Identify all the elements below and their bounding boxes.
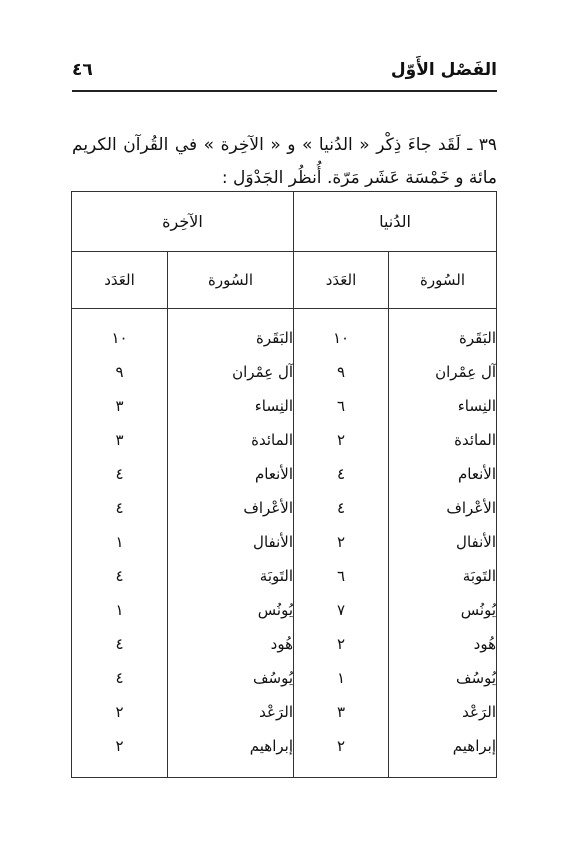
dunya-sura-cell: التَوبَة bbox=[389, 559, 497, 593]
dunya-count-cell: ١ bbox=[294, 661, 389, 695]
dunya-sura-cell: المائدة bbox=[389, 423, 497, 457]
akhira-sura-cell: هُود bbox=[168, 627, 294, 661]
akhira-sura-cell: التَوبَة bbox=[168, 559, 294, 593]
akhira-sura-cell: إبراهيم bbox=[168, 729, 294, 763]
column-header-akhira-count: العَدَد bbox=[72, 252, 168, 309]
table-row: التَوبَة٦التَوبَة٤ bbox=[72, 559, 497, 593]
dunya-count-cell: ٦ bbox=[294, 389, 389, 423]
akhira-sura-cell: الأنعام bbox=[168, 457, 294, 491]
dunya-sura-cell: البَقَرة bbox=[389, 321, 497, 355]
akhira-count-cell: ٢ bbox=[72, 729, 168, 763]
table-row: المائدة٢المائدة٣ bbox=[72, 423, 497, 457]
akhira-sura-cell: الأعْراف bbox=[168, 491, 294, 525]
group-header-dunya: الدُنيا bbox=[294, 192, 497, 252]
dunya-count-cell: ٣ bbox=[294, 695, 389, 729]
akhira-count-cell: ١ bbox=[72, 525, 168, 559]
table-row: إبراهيم٢إبراهيم٢ bbox=[72, 729, 497, 763]
akhira-sura-cell: المائدة bbox=[168, 423, 294, 457]
table-row: آل عِمْران٩آل عِمْران٩ bbox=[72, 355, 497, 389]
column-header-dunya-count: العَدَد bbox=[294, 252, 389, 309]
column-header-akhira-sura: السُورة bbox=[168, 252, 294, 309]
dunya-akhira-table: الدُنيا الآخِرة السُورة العَدَد السُورة … bbox=[71, 191, 497, 778]
page-number: ٤٦ bbox=[72, 60, 93, 80]
dunya-sura-cell: آل عِمْران bbox=[389, 355, 497, 389]
body-paragraph: ٣٩ ـ لَقَد جاءَ ذِكْر « الدُنيا » و « ال… bbox=[72, 129, 497, 195]
akhira-count-cell: ٩ bbox=[72, 355, 168, 389]
dunya-count-cell: ٤ bbox=[294, 491, 389, 525]
akhira-sura-cell: النِساء bbox=[168, 389, 294, 423]
dunya-count-cell: ٢ bbox=[294, 729, 389, 763]
akhira-count-cell: ١٠ bbox=[72, 321, 168, 355]
table-row: الأنعام٤الأنعام٤ bbox=[72, 457, 497, 491]
dunya-sura-cell: يُونُس bbox=[389, 593, 497, 627]
dunya-sura-cell: يُوسُف bbox=[389, 661, 497, 695]
akhira-count-cell: ٣ bbox=[72, 423, 168, 457]
akhira-sura-cell: الرَعْد bbox=[168, 695, 294, 729]
akhira-count-cell: ٣ bbox=[72, 389, 168, 423]
dunya-count-cell: ٦ bbox=[294, 559, 389, 593]
table-row: يُونُس٧يُونُس١ bbox=[72, 593, 497, 627]
akhira-count-cell: ٤ bbox=[72, 457, 168, 491]
akhira-count-cell: ٤ bbox=[72, 661, 168, 695]
dunya-sura-cell: الأنفال bbox=[389, 525, 497, 559]
akhira-count-cell: ١ bbox=[72, 593, 168, 627]
dunya-count-cell: ٢ bbox=[294, 627, 389, 661]
dunya-sura-cell: الرَعْد bbox=[389, 695, 497, 729]
table-row: يُوسُف١يُوسُف٤ bbox=[72, 661, 497, 695]
akhira-sura-cell: آل عِمْران bbox=[168, 355, 294, 389]
table-row: الأعْراف٤الأعْراف٤ bbox=[72, 491, 497, 525]
book-page: الفَصْل الأَوّل ٤٦ ٣٩ ـ لَقَد جاءَ ذِكْر… bbox=[0, 0, 575, 847]
dunya-count-cell: ٤ bbox=[294, 457, 389, 491]
dunya-sura-cell: النِساء bbox=[389, 389, 497, 423]
running-head: الفَصْل الأَوّل ٤٦ bbox=[72, 58, 497, 88]
table-row: البَقَرة١٠البَقَرة١٠ bbox=[72, 321, 497, 355]
table-row: الرَعْد٣الرَعْد٢ bbox=[72, 695, 497, 729]
akhira-sura-cell: البَقَرة bbox=[168, 321, 294, 355]
dunya-sura-cell: الأنعام bbox=[389, 457, 497, 491]
chapter-title: الفَصْل الأَوّل bbox=[391, 60, 497, 80]
dunya-count-cell: ٢ bbox=[294, 525, 389, 559]
group-header-akhira: الآخِرة bbox=[72, 192, 294, 252]
akhira-count-cell: ٤ bbox=[72, 491, 168, 525]
akhira-sura-cell: يُوسُف bbox=[168, 661, 294, 695]
dunya-count-cell: ٧ bbox=[294, 593, 389, 627]
akhira-sura-cell: يُونُس bbox=[168, 593, 294, 627]
akhira-count-cell: ٤ bbox=[72, 559, 168, 593]
akhira-sura-cell: الأنفال bbox=[168, 525, 294, 559]
dunya-sura-cell: إبراهيم bbox=[389, 729, 497, 763]
akhira-count-cell: ٢ bbox=[72, 695, 168, 729]
dunya-sura-cell: هُود bbox=[389, 627, 497, 661]
dunya-count-cell: ١٠ bbox=[294, 321, 389, 355]
akhira-count-cell: ٤ bbox=[72, 627, 168, 661]
column-header-dunya-sura: السُورة bbox=[389, 252, 497, 309]
dunya-count-cell: ٩ bbox=[294, 355, 389, 389]
dunya-sura-cell: الأعْراف bbox=[389, 491, 497, 525]
table-row: هُود٢هُود٤ bbox=[72, 627, 497, 661]
header-divider bbox=[72, 90, 497, 92]
dunya-count-cell: ٢ bbox=[294, 423, 389, 457]
table-row: الأنفال٢الأنفال١ bbox=[72, 525, 497, 559]
table-row: النِساء٦النِساء٣ bbox=[72, 389, 497, 423]
